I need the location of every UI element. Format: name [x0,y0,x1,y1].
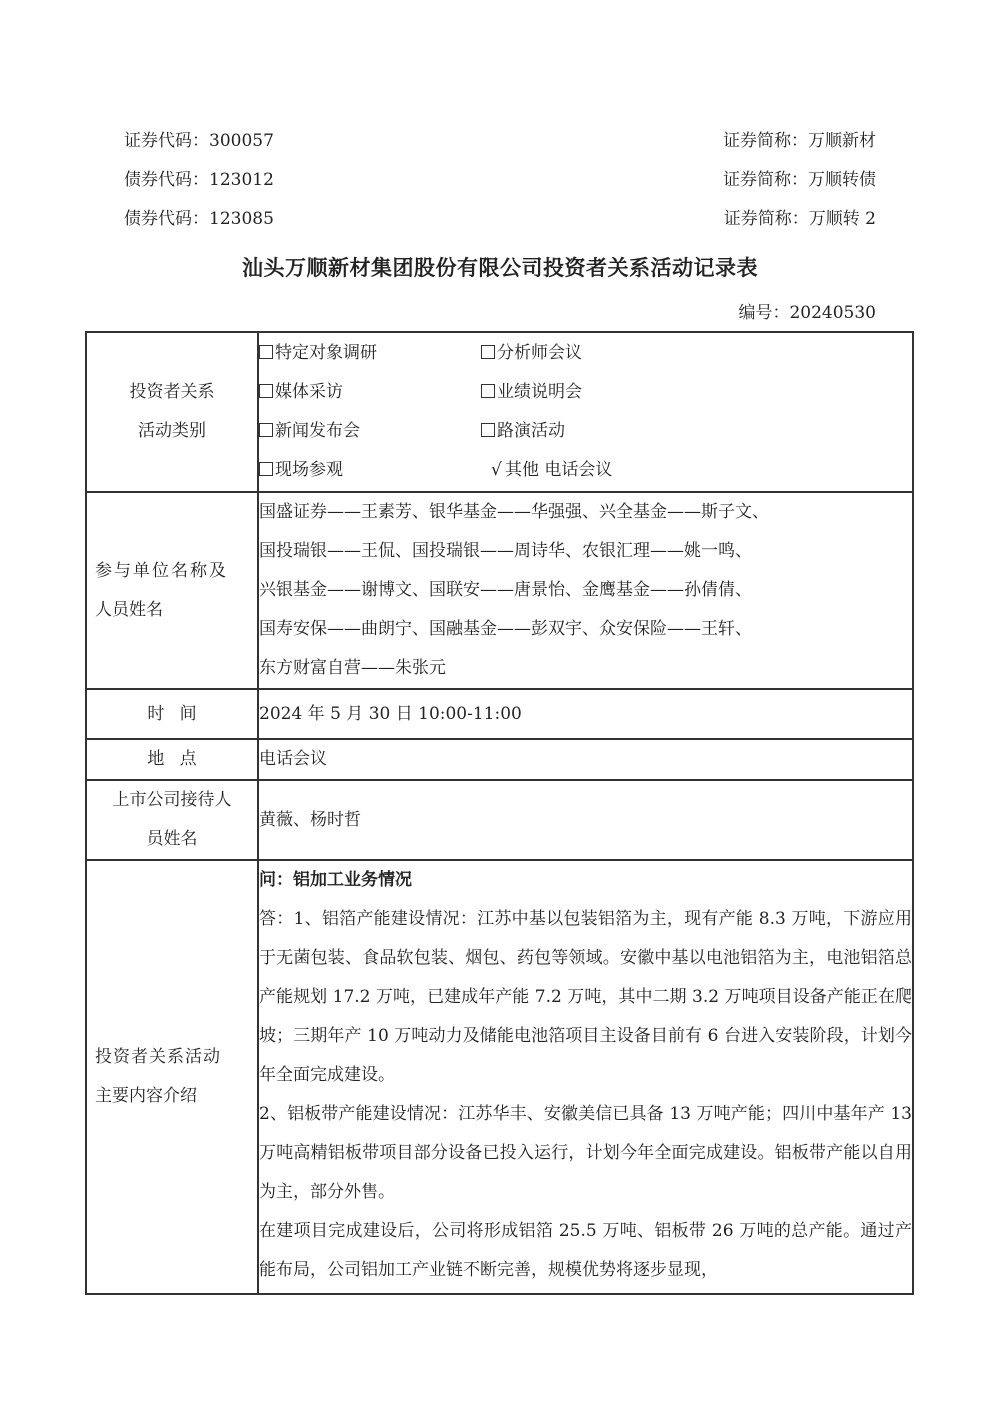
record-table: 投资者关系 活动类别 特定对象调研 分析师会议 媒体采访 业绩说明会 新闻发布会… [85,331,914,1295]
option-press-conference[interactable]: 新闻发布会 [259,412,481,451]
option-earnings-presentation[interactable]: 业绩说明会 [481,373,912,412]
participants-list: 国盛证券——王素芳、银华基金——华强强、兴全基金——斯子文、 国投瑞银——王侃、… [258,492,913,689]
row-participants: 参与单位名称及 人员姓名 国盛证券——王素芳、银华基金——华强强、兴全基金——斯… [86,492,913,689]
participants-line: 国寿安保——曲朗宁、国融基金——彭双宇、众安保险——王轩、 [259,610,912,649]
header-row-bond-2: 债券代码：123085 证券简称：万顺转 2 [124,205,876,233]
checkbox-unchecked-icon[interactable] [259,462,273,476]
checkbox-unchecked-icon[interactable] [259,384,273,398]
row-main-content: 投资者关系活动 主要内容介绍 问：铝加工业务情况 答：1、铝箔产能建设情况：江苏… [86,860,913,1294]
row-location: 地点 电话会议 [86,739,913,780]
row-activity-type: 投资者关系 活动类别 特定对象调研 分析师会议 媒体采访 业绩说明会 新闻发布会… [86,332,913,492]
reception-label: 上市公司接待人 员姓名 [86,780,258,860]
location-label: 地点 [86,739,258,780]
row-reception: 上市公司接待人 员姓名 黄薇、杨时哲 [86,780,913,860]
answer-paragraph-3: 在建项目完成建设后，公司将形成铝箔 25.5 万吨、铝板带 26 万吨的总产能。… [259,1212,912,1290]
bond-short-name-1: 证券简称：万顺转债 [723,166,876,194]
option-specific-research[interactable]: 特定对象调研 [259,334,481,373]
answer-paragraph-1: 答：1、铝箔产能建设情况：江苏中基以包装铝箔为主，现有产能 8.3 万吨，下游应… [259,900,912,1095]
main-content-body: 问：铝加工业务情况 答：1、铝箔产能建设情况：江苏中基以包装铝箔为主，现有产能 … [258,860,913,1294]
option-analyst-meeting[interactable]: 分析师会议 [481,334,912,373]
question-heading: 问：铝加工业务情况 [259,861,912,900]
header-row-bond-1: 债券代码：123012 证券简称：万顺转债 [124,166,876,194]
serial-number: 编号：20240530 [738,298,876,323]
document-title: 汕头万顺新材集团股份有限公司投资者关系活动记录表 [0,252,1000,282]
time-label: 时间 [86,689,258,739]
participants-line: 兴银基金——谢博文、国联安——唐景怡、金鹰基金——孙倩倩、 [259,571,912,610]
checkbox-unchecked-icon[interactable] [481,384,495,398]
check-mark-icon[interactable]: √ [491,451,505,490]
location-value: 电话会议 [258,739,913,780]
activity-type-label: 投资者关系 活动类别 [86,332,258,492]
option-site-visit[interactable]: 现场参观 [259,451,481,490]
participants-line: 国投瑞银——王侃、国投瑞银——周诗华、农银汇理——姚一鸣、 [259,532,912,571]
participants-line: 国盛证券——王素芳、银华基金——华强强、兴全基金——斯子文、 [259,493,912,532]
header-row-stock: 证券代码：300057 证券简称：万顺新材 [124,127,876,155]
checkbox-unchecked-icon[interactable] [481,423,495,437]
bond-code-1: 债券代码：123012 [124,166,274,194]
activity-type-options: 特定对象调研 分析师会议 媒体采访 业绩说明会 新闻发布会 路演活动 现场参观 … [258,332,913,492]
bond-short-name-2: 证券简称：万顺转 2 [724,205,876,233]
stock-short-name: 证券简称：万顺新材 [723,127,876,155]
reception-value: 黄薇、杨时哲 [258,780,913,860]
row-time: 时间 2024 年 5 月 30 日 10:00-11:00 [86,689,913,739]
option-media-interview[interactable]: 媒体采访 [259,373,481,412]
participants-line: 东方财富自营——朱张元 [259,649,912,688]
stock-code: 证券代码：300057 [124,127,274,155]
option-other[interactable]: √其他 电话会议 [481,451,912,490]
checkbox-unchecked-icon[interactable] [481,345,495,359]
answer-paragraph-2: 2、铝板带产能建设情况：江苏华丰、安徽美信已具备 13 万吨产能；四川中基年产 … [259,1095,912,1212]
checkbox-unchecked-icon[interactable] [259,423,273,437]
option-roadshow[interactable]: 路演活动 [481,412,912,451]
main-content-label: 投资者关系活动 主要内容介绍 [86,860,258,1294]
checkbox-unchecked-icon[interactable] [259,345,273,359]
time-value: 2024 年 5 月 30 日 10:00-11:00 [258,689,913,739]
bond-code-2: 债券代码：123085 [124,205,274,233]
participants-label: 参与单位名称及 人员姓名 [86,492,258,689]
